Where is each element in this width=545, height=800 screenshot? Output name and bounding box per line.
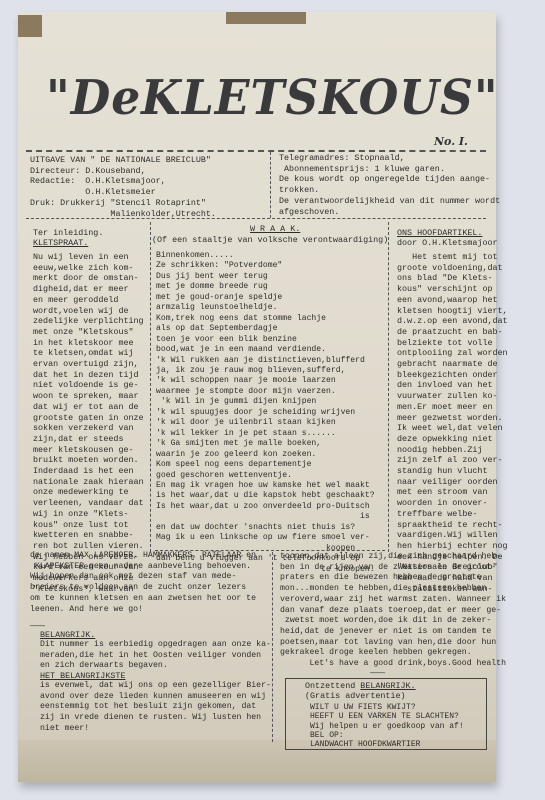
advert-subheading: (Gratis advertentie) xyxy=(305,691,406,702)
column-divider-left xyxy=(150,222,151,552)
poem-body: Binnenkomen..... Ze schrikken: "Potverdo… xyxy=(156,251,375,575)
editorial-continued: toonen,dat alleen zij,die zich geschaard… xyxy=(280,552,506,670)
masthead-title: "DeKLETSKOUS" xyxy=(46,70,499,126)
issue-number: No. I. xyxy=(434,135,468,148)
editorial-byline: door O.H.Kletsmajoor xyxy=(397,238,498,249)
colophon-divider xyxy=(270,152,271,218)
masthead-rule xyxy=(26,150,486,152)
advert-heading-main: BELANGRIJK. xyxy=(360,681,415,691)
editorial-body: Het stemt mij tot groote voldoening,dat … xyxy=(397,252,508,595)
torn-corner xyxy=(18,15,42,37)
intro-heading: KLETSPRAAT. xyxy=(33,238,88,249)
colophon-right: Telegramadres: Stopnaald, Abonnementspri… xyxy=(279,153,500,217)
advert-heading-prefix: Ontzettend xyxy=(305,681,360,691)
poem-title: W R A A K. xyxy=(250,224,300,235)
poem-subtitle: (Of een staaltje van volksche verontwaar… xyxy=(152,235,388,246)
intro-body: Nu wij leven in een eeuw,welke zich kom-… xyxy=(33,252,144,595)
colophon-left: UITGAVE VAN " DE NATIONALE BREICLUB" Dir… xyxy=(30,155,216,219)
column-divider-right xyxy=(388,222,389,552)
belangrijkste-body: is evenwel, dat wij ons op een gezellige… xyxy=(40,681,271,735)
belangrijk-body: Dit nummer is eerbiedig opgedragen aan o… xyxy=(40,640,271,672)
advert-body: WILT U UW FIETS KWIJT? HEEFT U EEN VARKE… xyxy=(310,703,464,749)
intro-continued: de namen MAX LAREMOER, HAMMAKKERS, RATEL… xyxy=(30,551,256,615)
torn-edge xyxy=(226,12,306,24)
lower-divider xyxy=(272,552,273,742)
